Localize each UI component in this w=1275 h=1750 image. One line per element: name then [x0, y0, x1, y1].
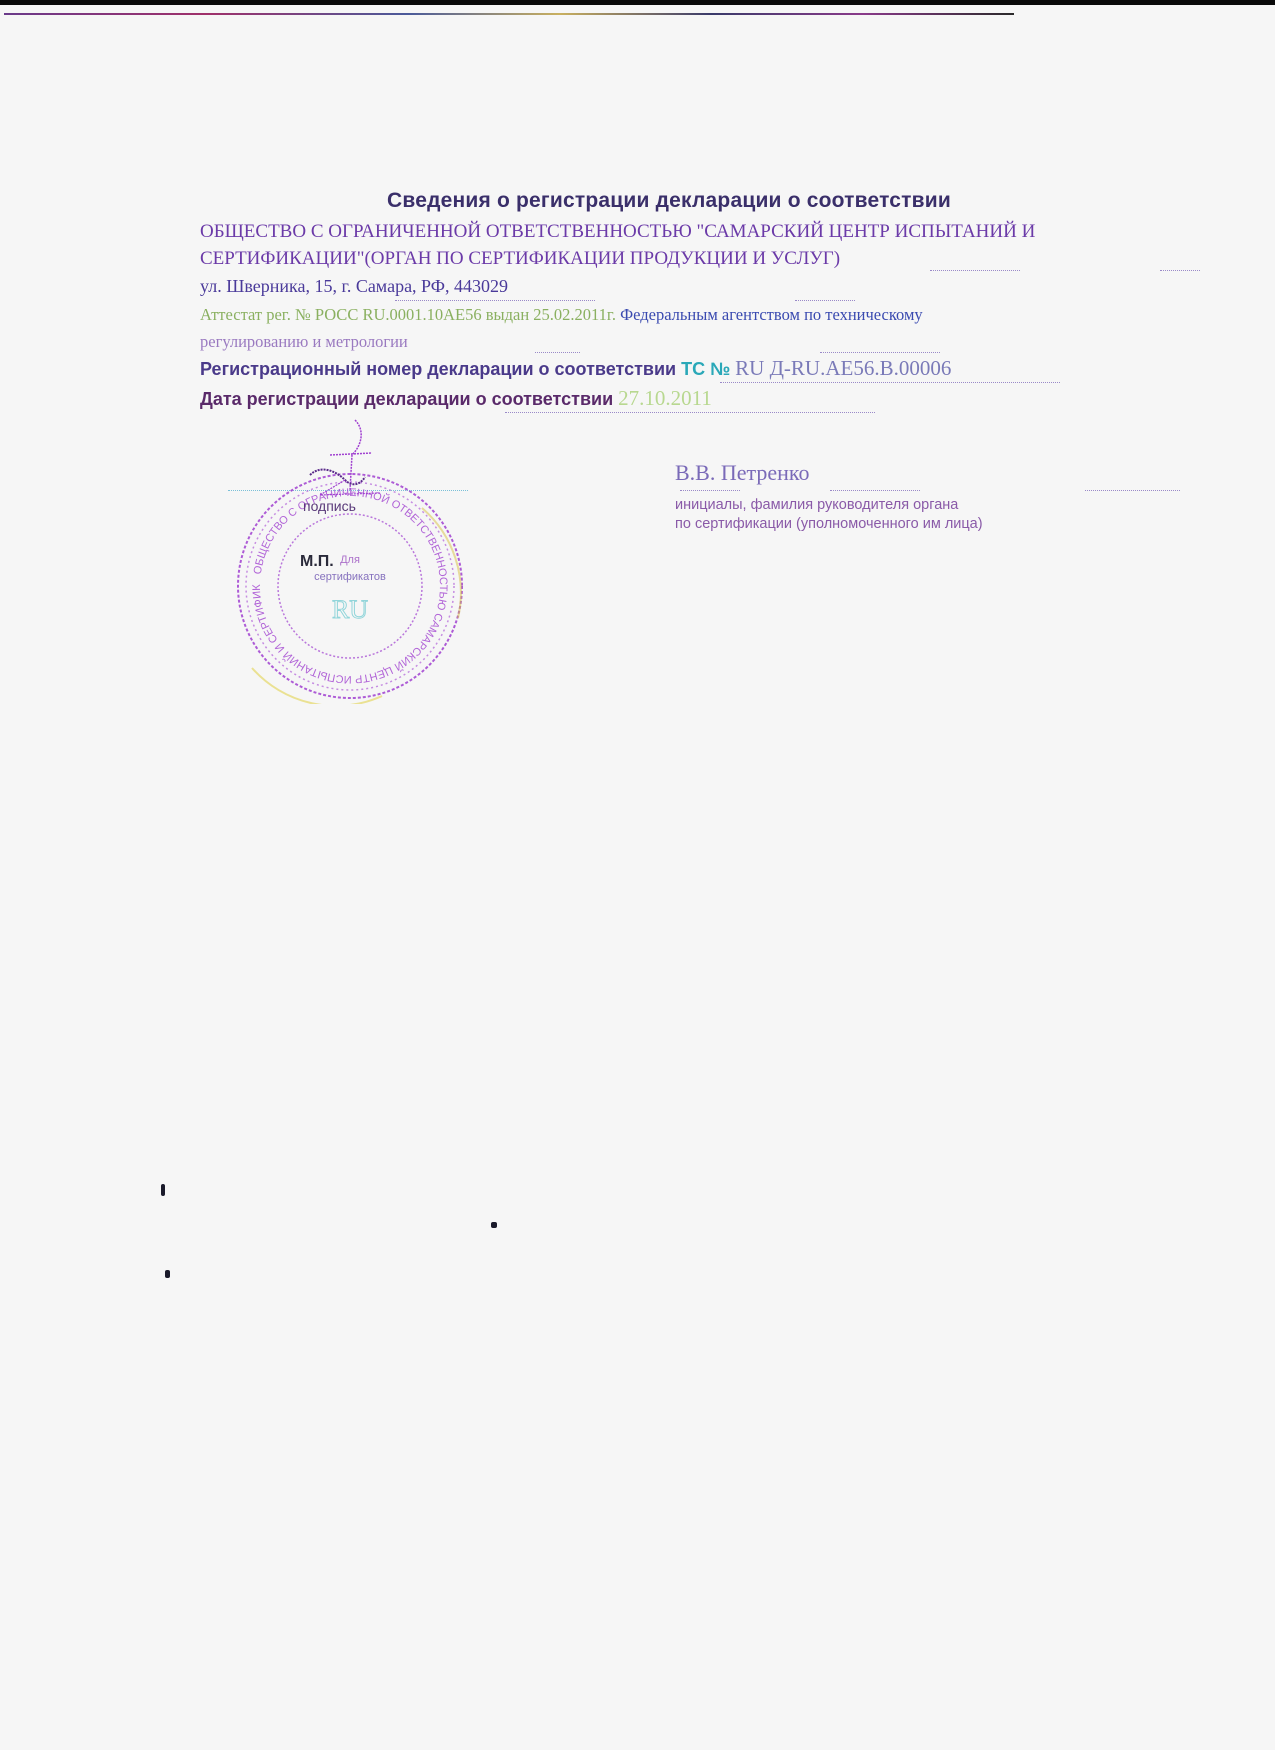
signer-caption-line1: инициалы, фамилия руководителя органа: [675, 497, 958, 513]
attestat-line: Аттестат рег. № РОСС RU.0001.10АЕ56 выда…: [200, 305, 923, 325]
organization-name-line1: ОБЩЕСТВО С ОГРАНИЧЕННОЙ ОТВЕТСТВЕННОСТЬЮ…: [200, 221, 1035, 243]
attestat-issuer-cont: регулированию и метрологии: [200, 332, 408, 352]
dotted-underline: [1085, 490, 1180, 491]
svg-text:Для: Для: [340, 554, 360, 566]
registration-date-value: 27.10.2011: [618, 386, 712, 410]
signer-name: В.В. Петренко: [675, 460, 810, 486]
attestat-number: Аттестат рег. № РОСС RU.0001.10АЕ56 выда…: [200, 305, 616, 324]
dotted-underline: [930, 270, 1020, 271]
organization-address: ул. Шверника, 15, г. Самара, РФ, 443029: [200, 276, 508, 297]
signer-caption-line2: по сертификации (уполномоченного им лица…: [675, 516, 983, 532]
registration-number-label: Регистрационный номер декларации о соотв…: [200, 359, 681, 379]
document-title: Сведения о регистрации декларации о соот…: [387, 189, 951, 213]
tc-label: ТС №: [681, 359, 735, 379]
dotted-underline: [680, 490, 740, 491]
organization-name-line2: СЕРТИФИКАЦИИ"(ОРГАН ПО СЕРТИФИКАЦИИ ПРОД…: [200, 248, 840, 270]
signature-caption: подпись: [303, 498, 356, 514]
dotted-underline: [720, 382, 1060, 383]
dotted-underline: [505, 412, 875, 413]
registration-number-value: RU Д-RU.АЕ56.В.00006: [735, 356, 951, 380]
attestat-issuer: Федеральным агентством по техническому: [616, 305, 923, 324]
svg-text:сертификатов: сертификатов: [314, 571, 386, 583]
dotted-underline: [795, 300, 855, 301]
scan-speck: [491, 1222, 497, 1228]
scan-speck: [165, 1270, 170, 1278]
registration-date-line: Дата регистрации декларации о соответств…: [200, 386, 712, 411]
dotted-underline: [395, 300, 595, 301]
scan-speck: [161, 1184, 165, 1196]
dotted-underline: [1160, 270, 1200, 271]
registration-date-label: Дата регистрации декларации о соответств…: [200, 389, 618, 409]
signature-icon: [290, 415, 410, 505]
scan-top-line: [4, 13, 1014, 15]
dotted-underline: [820, 352, 940, 353]
dotted-underline: [830, 490, 920, 491]
registration-number-line: Регистрационный номер декларации о соотв…: [200, 356, 951, 381]
seal-caption: М.П.: [300, 553, 334, 571]
dotted-underline: [535, 352, 580, 353]
svg-text:RU: RU: [332, 595, 368, 624]
